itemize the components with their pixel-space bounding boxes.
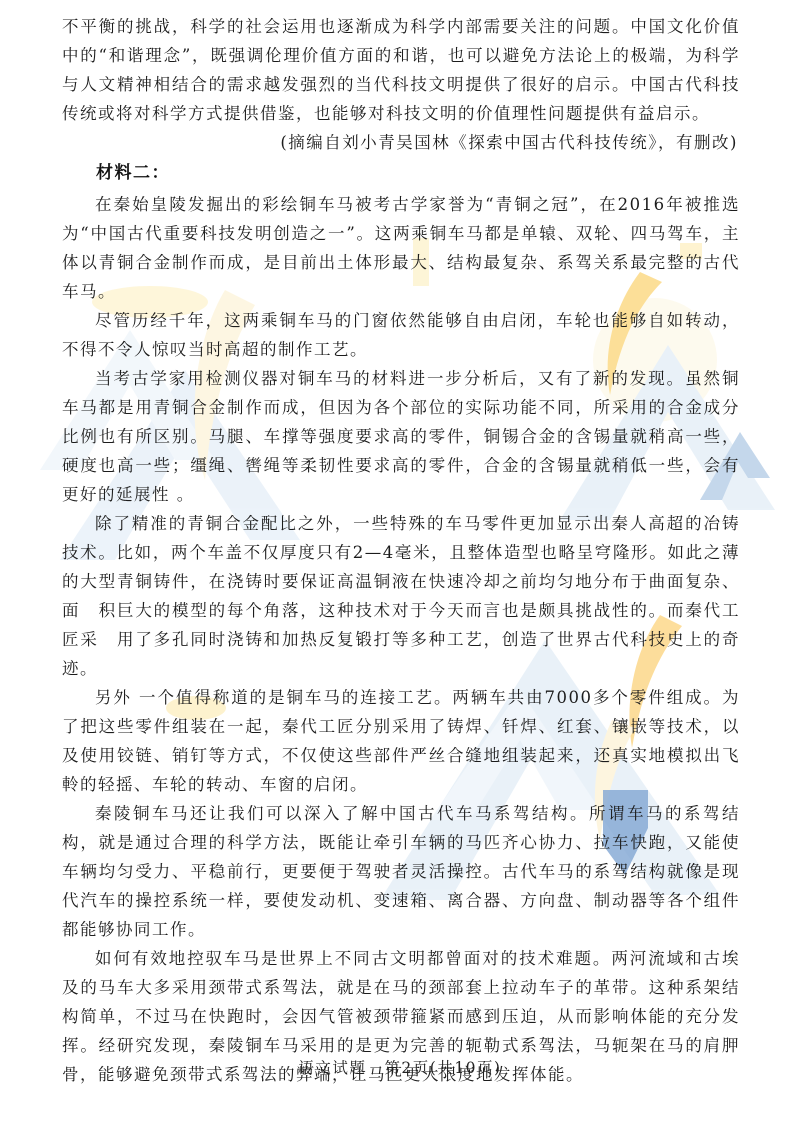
paragraph-4: 除了精准的青铜合金配比之外，一些特殊的车马零件更加显示出秦人高超的冶铸技术。比如…	[62, 509, 740, 683]
paragraph-5: 另外 一个值得称道的是铜车马的连接工艺。两辆车共由7000多个零件组成。为了把这…	[62, 683, 740, 799]
paragraph-6: 秦陵铜车马还让我们可以深入了解中国古代车马系驾结构。所谓车马的系驾结构，就是通过…	[62, 799, 740, 944]
footer-page-number: 第2页(共10页)	[384, 1059, 501, 1077]
paragraph-continuation: 不平衡的挑战，科学的社会运用也逐渐成为科学内部需要关注的问题。中国文化价值中的“…	[62, 12, 740, 128]
exam-page: 不平衡的挑战，科学的社会运用也逐渐成为科学内部需要关注的问题。中国文化价值中的“…	[0, 0, 800, 1132]
footer-exam-title: 语文试题	[298, 1059, 366, 1077]
document-body: 不平衡的挑战，科学的社会运用也逐渐成为科学内部需要关注的问题。中国文化价值中的“…	[62, 12, 740, 1089]
paragraph-1: 在秦始皇陵发掘出的彩绘铜车马被考古学家誉为“青铜之冠”，在2016年被推选为“中…	[62, 190, 740, 306]
paragraph-3: 当考古学家用检测仪器对铜车马的材料进一步分析后，又有了新的发现。虽然铜车马都是用…	[62, 364, 740, 509]
section-heading: 材料二：	[62, 157, 740, 190]
attribution-line: (摘编自刘小青吴国林《探索中国古代科技传统》，有删改)	[62, 128, 740, 157]
page-footer: 语文试题第2页(共10页)	[0, 1056, 800, 1078]
paragraph-2: 尽管历经千年，这两乘铜车马的门窗依然能够自由启闭，车轮也能够自如转动，不得不令人…	[62, 306, 740, 364]
